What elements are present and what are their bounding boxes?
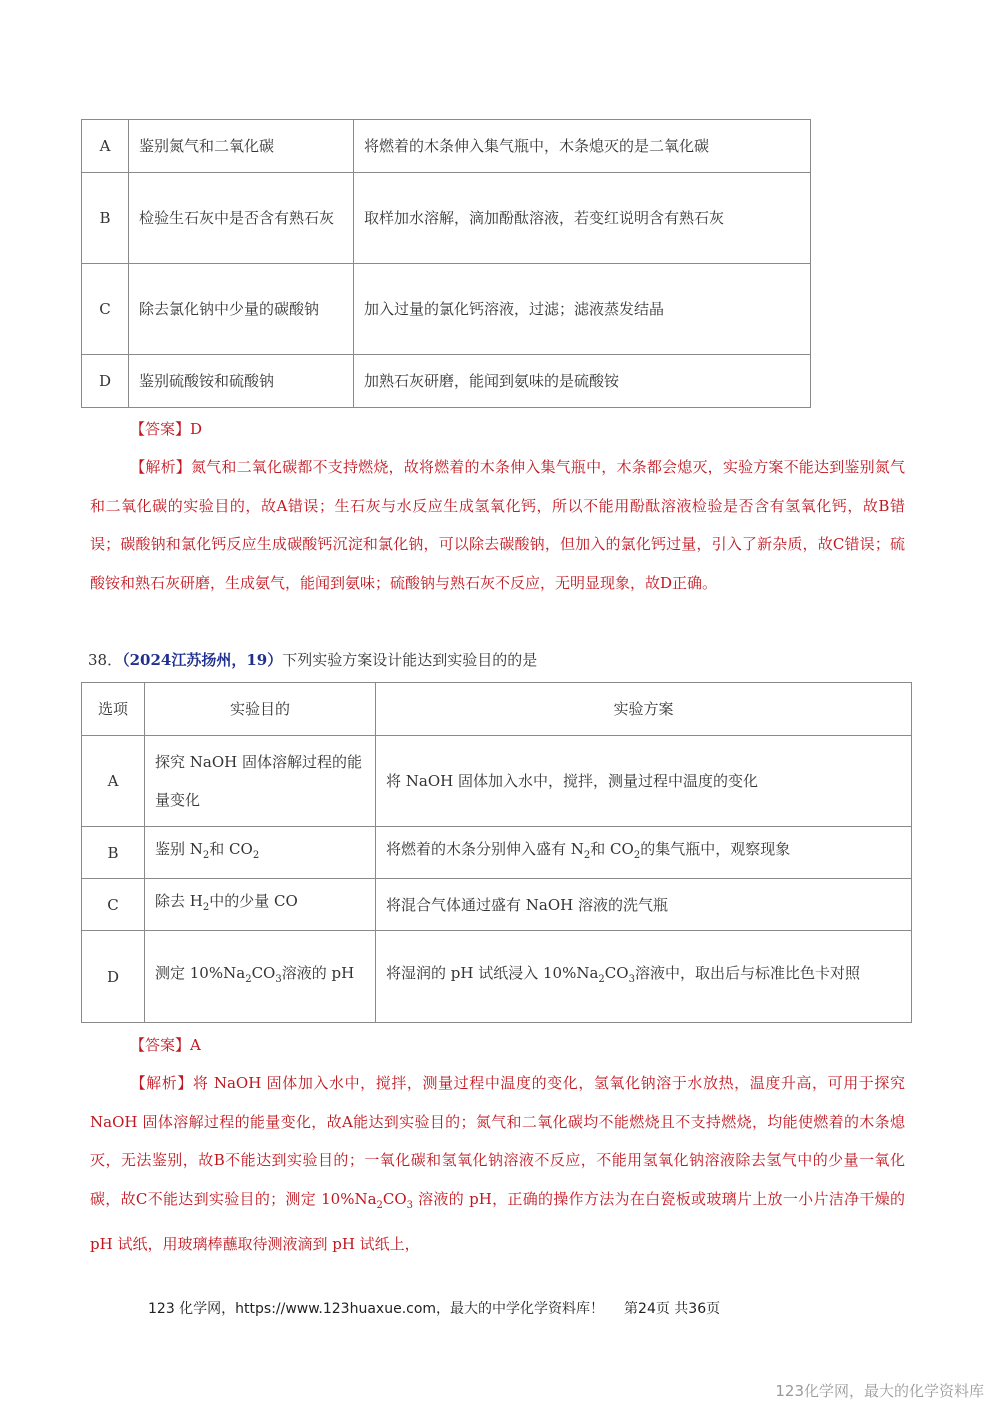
option-cell: A [82,736,145,827]
goal-cell: 除去 H2中的少量 CO [145,879,376,931]
plan-cell: 将燃着的木条伸入集气瓶中，木条熄灭的是二氧化碳 [354,120,811,173]
table-row: D 鉴别硫酸铵和硫酸钠 加熟石灰研磨，能闻到氨味的是硫酸铵 [82,355,811,408]
table-row: B 检验生石灰中是否含有熟石灰 取样加水溶解，滴加酚酞溶液，若变红说明含有熟石灰 [82,173,811,264]
question-source: （2024江苏扬州，19） [122,651,282,669]
answer-value: A [190,1036,201,1054]
question-stem: 下列实验方案设计能达到实验目的的是 [282,651,537,669]
option-cell: C [82,264,129,355]
header-plan: 实验方案 [376,683,912,736]
plan-cell: 将 NaOH 固体加入水中，搅拌，测量过程中温度的变化 [376,736,912,827]
analysis-text: 氮气和二氧化碳都不支持燃烧，故将燃着的木条伸入集气瓶中，木条都会熄灭，实验方案不… [90,458,905,592]
plan-cell: 将湿润的 pH 试纸浸入 10%Na2CO3溶液中，取出后与标准比色卡对照 [376,931,912,1023]
analysis-label: 【解析】 [130,458,191,476]
text: 将湿润的 pH 试纸浸入 10%Na [386,964,598,982]
plan-cell: 加入过量的氯化钙溶液，过滤；滤液蒸发结晶 [354,264,811,355]
goal-cell: 鉴别硫酸铵和硫酸钠 [129,355,354,408]
option-cell: B [82,173,129,264]
analysis-2: 【解析】将 NaOH 固体加入水中，搅拌，测量过程中温度的变化，氢氧化钠溶于水放… [90,1064,905,1264]
text: 测定 10%Na [155,964,245,982]
analysis-text: 将 NaOH 固体加入水中，搅拌，测量过程中温度的变化，氢氧化钠溶于水放热，温度… [90,1074,905,1208]
option-cell: D [82,355,129,408]
page-footer: 123 化学网，https://www.123huaxue.com，最大的中学化… [148,1298,720,1318]
analysis-label: 【解析】 [130,1074,193,1092]
analysis-1: 【解析】氮气和二氧化碳都不支持燃烧，故将燃着的木条伸入集气瓶中，木条都会熄灭，实… [90,448,905,602]
answer-1: 【答案】D [130,418,202,439]
table-row: C 除去氯化钠中少量的碳酸钠 加入过量的氯化钙溶液，过滤；滤液蒸发结晶 [82,264,811,355]
answer-label: 【答案】 [130,420,190,438]
table-row: D 测定 10%Na2CO3溶液的 pH 将湿润的 pH 试纸浸入 10%Na2… [82,931,912,1023]
plan-cell: 将燃着的木条分别伸入盛有 N2和 CO2的集气瓶中，观察现象 [376,827,912,879]
text: CO [252,964,276,982]
answer-label: 【答案】 [130,1036,190,1054]
table-row: A 鉴别氮气和二氧化碳 将燃着的木条伸入集气瓶中，木条熄灭的是二氧化碳 [82,120,811,173]
plan-cell: 将混合气体通过盛有 NaOH 溶液的洗气瓶 [376,879,912,931]
answer-value: D [190,420,202,438]
watermark: 123化学网，最大的化学资料库 [775,1380,984,1401]
goal-cell: 鉴别 N2和 CO2 [145,827,376,879]
text: CO [605,964,629,982]
text: 除去 H [155,892,203,910]
goal-cell: 鉴别氮气和二氧化碳 [129,120,354,173]
page-number: 第24页 共36页 [624,1301,720,1317]
text: 的集气瓶中，观察现象 [640,840,790,858]
experiment-table-38: 选项 实验目的 实验方案 A 探究 NaOH 固体溶解过程的能量变化 将 NaO… [81,682,912,1023]
goal-cell: 检验生石灰中是否含有熟石灰 [129,173,354,264]
header-goal: 实验目的 [145,683,376,736]
option-cell: B [82,827,145,879]
text: 和 CO [209,840,253,858]
goal-cell: 除去氯化钠中少量的碳酸钠 [129,264,354,355]
question-38-title: 38．（2024江苏扬州，19）下列实验方案设计能达到实验目的的是 [88,649,537,670]
plan-cell: 取样加水溶解，滴加酚酞溶液，若变红说明含有熟石灰 [354,173,811,264]
subscript: 2 [253,850,259,861]
text: 中的少量 CO [209,892,298,910]
option-cell: D [82,931,145,1023]
option-cell: C [82,879,145,931]
text: 溶液的 pH [282,964,354,982]
table-header-row: 选项 实验目的 实验方案 [82,683,912,736]
text: 鉴别 N [155,840,203,858]
text: 和 CO [590,840,634,858]
footer-site-text: 123 化学网，https://www.123huaxue.com，最大的中学化… [148,1301,604,1317]
table-row: B 鉴别 N2和 CO2 将燃着的木条分别伸入盛有 N2和 CO2的集气瓶中，观… [82,827,912,879]
table-row: A 探究 NaOH 固体溶解过程的能量变化 将 NaOH 固体加入水中，搅拌，测… [82,736,912,827]
question-number: 38． [88,651,122,669]
text: CO [383,1190,407,1208]
header-option: 选项 [82,683,145,736]
text: 将燃着的木条分别伸入盛有 N [386,840,584,858]
option-cell: A [82,120,129,173]
goal-cell: 测定 10%Na2CO3溶液的 pH [145,931,376,1023]
answer-2: 【答案】A [130,1034,201,1055]
table-row: C 除去 H2中的少量 CO 将混合气体通过盛有 NaOH 溶液的洗气瓶 [82,879,912,931]
text: 溶液中，取出后与标准比色卡对照 [635,964,860,982]
experiment-table-previous: A 鉴别氮气和二氧化碳 将燃着的木条伸入集气瓶中，木条熄灭的是二氧化碳 B 检验… [81,119,811,408]
plan-cell: 加熟石灰研磨，能闻到氨味的是硫酸铵 [354,355,811,408]
goal-cell: 探究 NaOH 固体溶解过程的能量变化 [145,736,376,827]
